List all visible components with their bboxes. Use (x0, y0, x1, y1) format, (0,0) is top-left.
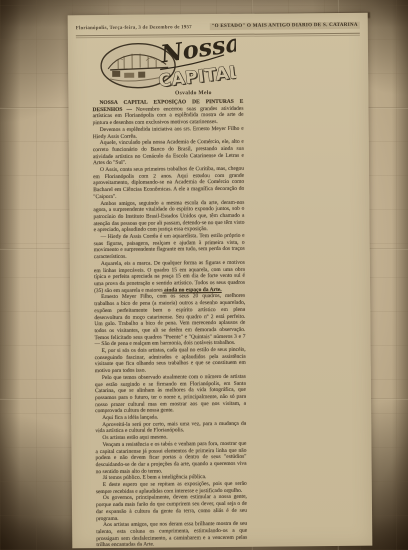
article-paragraph: Ernesto Meyer Filho, com os seus 20 quad… (94, 293, 245, 348)
masthead-row: Florianópolis, Terça-feira, 3 de Dezembr… (76, 22, 360, 31)
article-paragraph: Aquele, vinculado pela nossa Academia de… (93, 139, 244, 167)
article-paragraph: Pelo que temos observado atualmente com … (95, 374, 246, 416)
article-paragraph: NOSSA CAPITAL EXPOSIÇÃO DE PINTURAS E DE… (92, 99, 243, 127)
article-paragraph: — Hiedy de Assis Corrêa é um aquarelista… (94, 233, 245, 261)
article-paragraph: Os governos, principalmente, devem estim… (96, 494, 247, 522)
article-paragraph: E, por si sós os dois artistas, cada qua… (95, 347, 246, 375)
article-column: NOSSA CAPITAL EXPOSIÇÃO DE PINTURAS E DE… (92, 99, 247, 546)
byline: Osvaldo Melo (126, 90, 260, 97)
article-paragraph: O Assis, conta seus primeiros trabalhos … (93, 166, 244, 201)
column-logo: Nossa CAPITAL CAPITAL (98, 38, 237, 97)
bridge-sketch-icon: Nossa CAPITAL CAPITAL (98, 38, 237, 97)
masthead-title: "O ESTADO" O MAIS ANTIGO DIARIO DE S. CA… (210, 22, 360, 30)
article-paragraph: Vençam a resistência e os tabús e venham… (95, 441, 246, 476)
newspaper-clipping: Florianópolis, Terça-feira, 3 de Dezembr… (68, 13, 373, 549)
scanned-newspaper-page: Florianópolis, Terça-feira, 3 de Dezembr… (0, 0, 408, 550)
article-paragraph: Ambos amigos, seguindo a mesma escola da… (93, 199, 244, 234)
article-paragraph: Aquarela, eis a marca. De qualquer forma… (94, 260, 245, 295)
article-paragraph: Aos artistas amigos, que nos deram essa … (96, 521, 247, 546)
article-paragraph: Aproveitá-la será por certo, mais uma ve… (95, 421, 246, 436)
dateline: Florianópolis, Terça-feira, 3 de Dezembr… (76, 25, 192, 31)
